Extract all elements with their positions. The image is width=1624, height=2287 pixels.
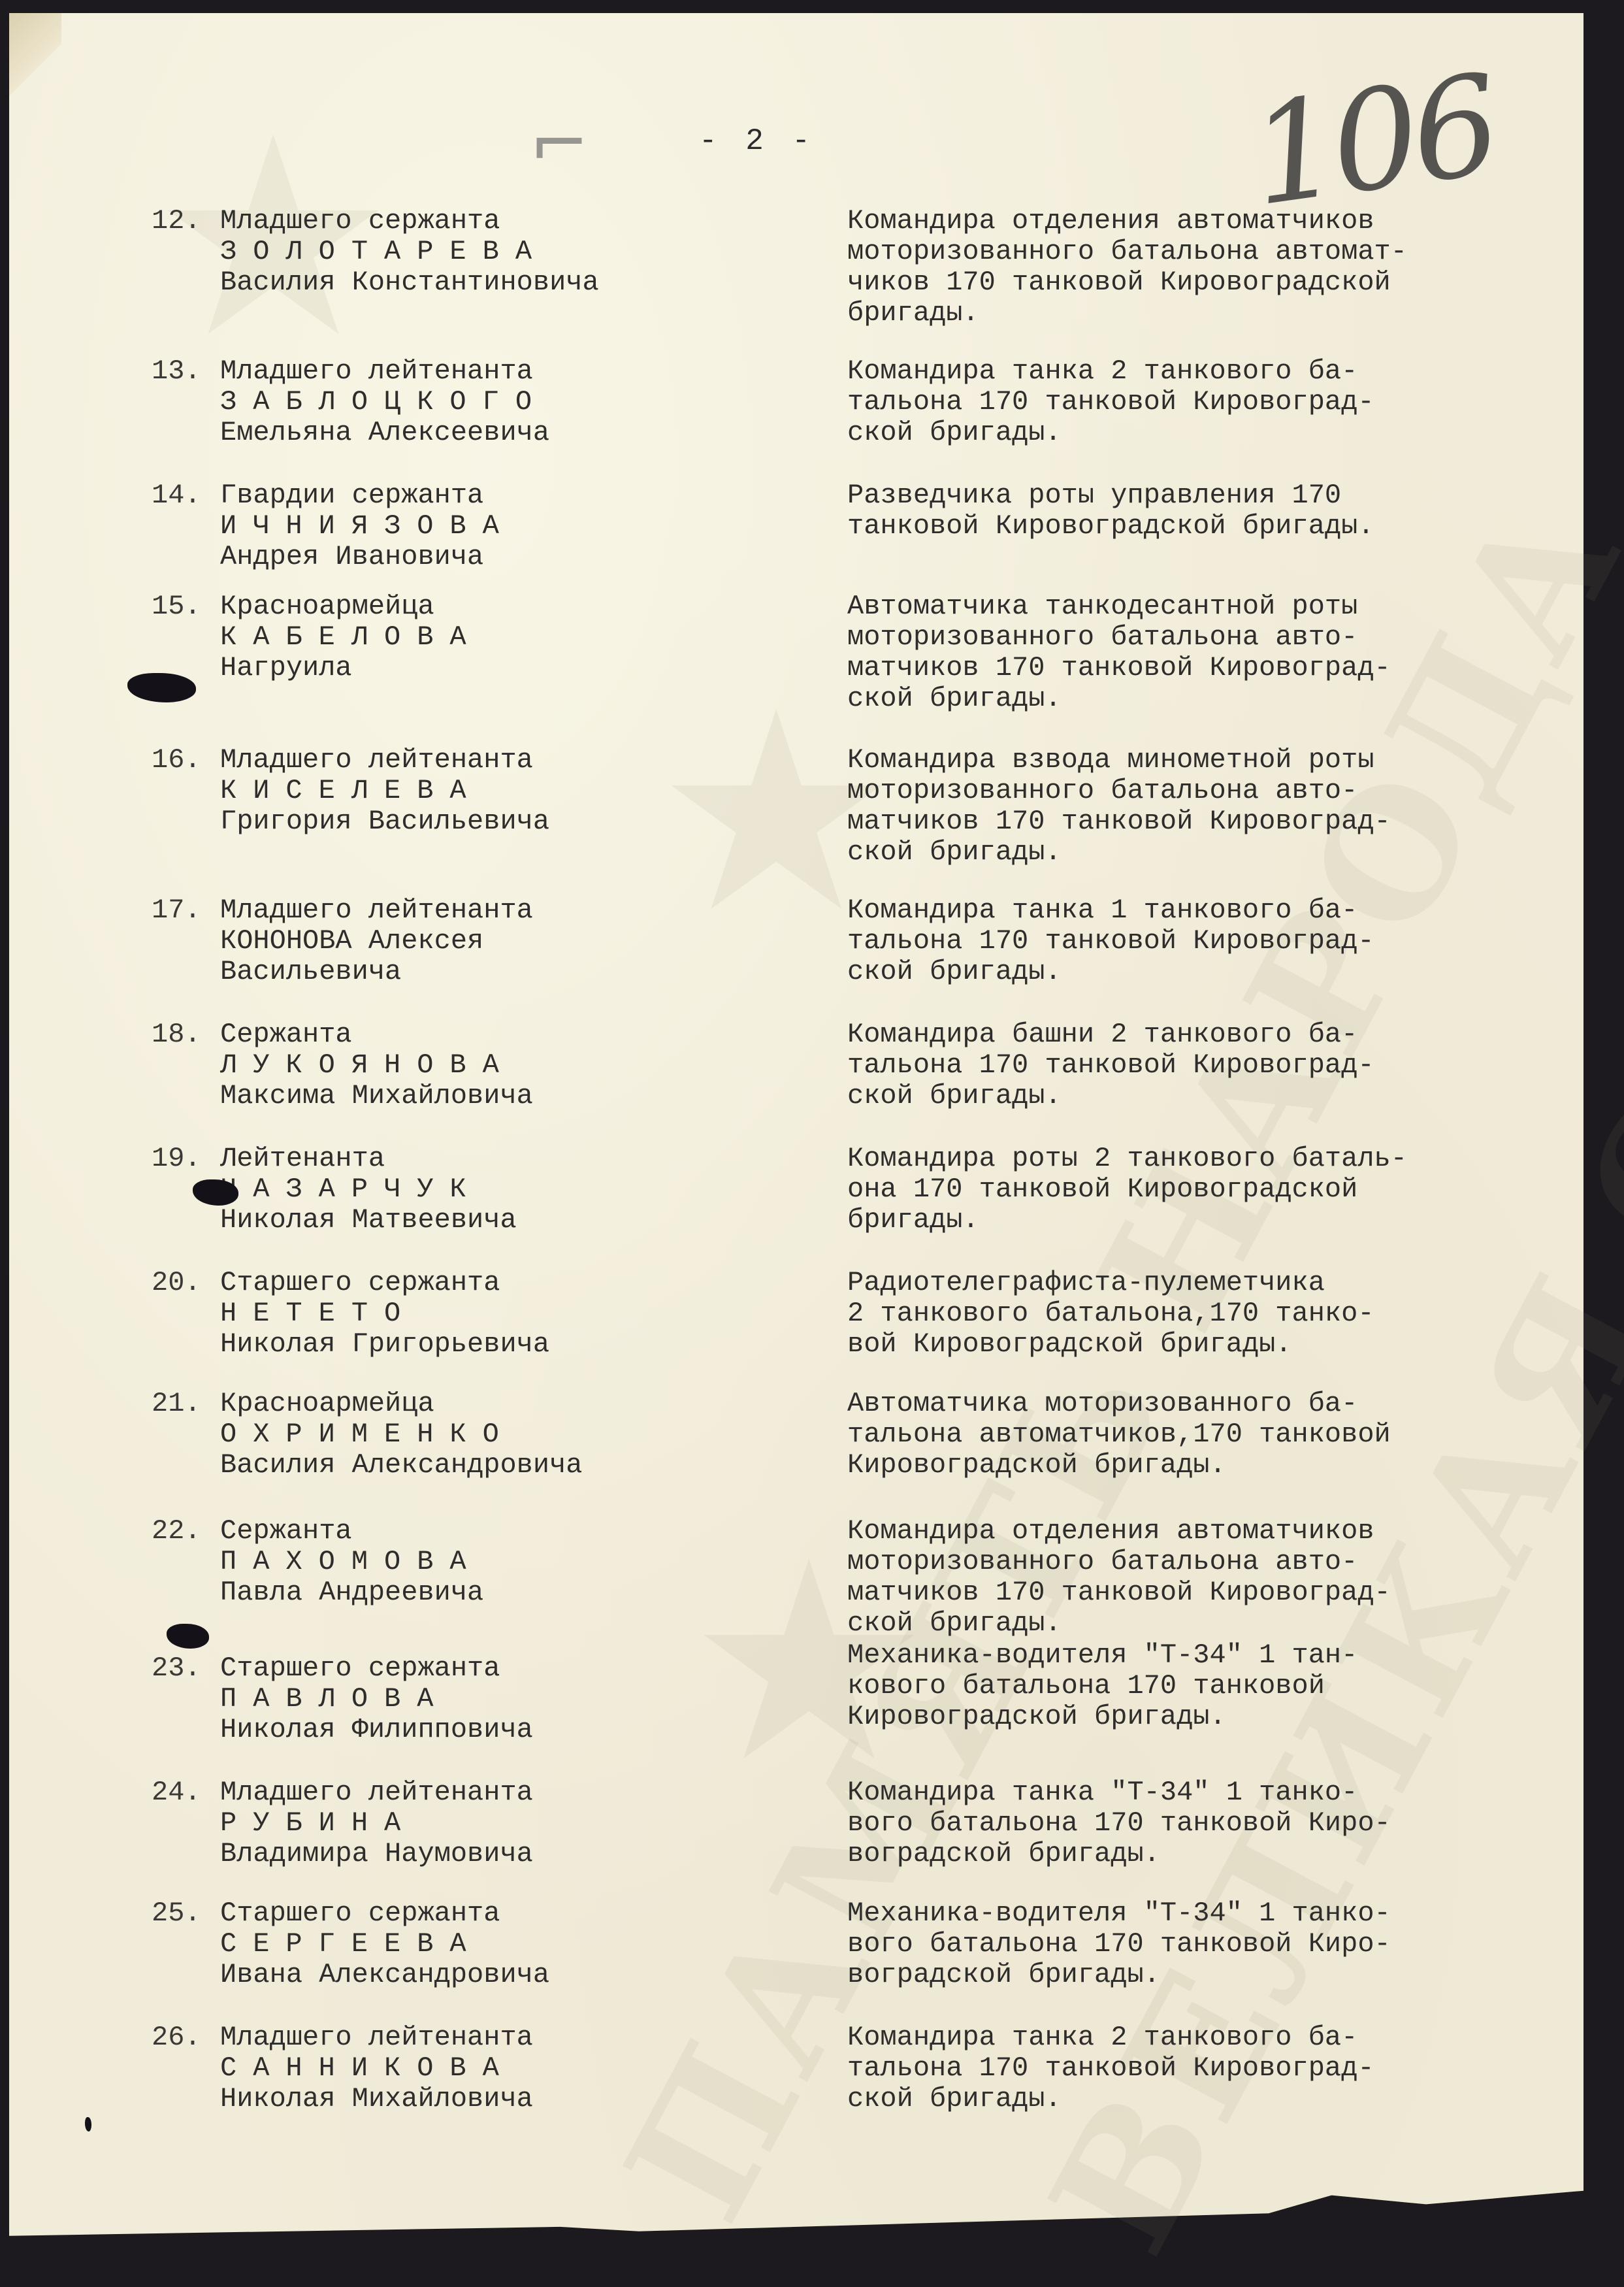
rank-line: 14.Гвардии сержанта [152, 480, 805, 511]
position-line: Механика-водителя "Т-34" 1 танко- [847, 1898, 1599, 1929]
position-line: вого батальона 170 танковой Киро- [847, 1929, 1599, 1960]
entry-number: 12. [152, 206, 220, 237]
name-patronymic: Нагруила [152, 653, 805, 683]
position-line: Командира танка 2 танкового ба- [847, 356, 1599, 387]
position-line: матчиков 170 танковой Кировоград- [847, 806, 1599, 837]
position-line: матчиков 170 танковой Кировоград- [847, 1577, 1599, 1608]
position-line: ской бригады. [847, 1608, 1599, 1639]
position-description: Автоматчика танкодесантной ротымоторизов… [847, 591, 1599, 714]
position-line: Командира танка 2 танкового ба- [847, 2022, 1599, 2053]
position-description: Механика-водителя "Т-34" 1 тан-кового ба… [847, 1640, 1599, 1732]
rank-line: 16.Младшего лейтенанта [152, 745, 805, 776]
awardee-name-block: 25.Старшего сержантаСЕРГЕЕВАИвана Алекса… [152, 1898, 805, 1990]
rank-line: 21.Красноармейца [152, 1389, 805, 1419]
position-line: воградской бригады. [847, 1839, 1599, 1869]
position-description: Командира танка 2 танкового ба-тальона 1… [847, 356, 1599, 448]
position-line: Командира отделения автоматчиков [847, 1516, 1599, 1547]
position-line: бригады. [847, 1205, 1599, 1236]
position-line: 2 танкового батальона,170 танко- [847, 1298, 1599, 1329]
position-line: бригады. [847, 298, 1599, 329]
rank-line: 25.Старшего сержанта [152, 1898, 805, 1929]
ink-mark [85, 2117, 91, 2131]
surname: САННИКОВА [152, 2053, 805, 2084]
rank-line: 22.Сержанта [152, 1516, 805, 1547]
position-line: Кировоградской бригады. [847, 1450, 1599, 1481]
surname: ЛУКОЯНОВА [152, 1050, 805, 1081]
position-line: Командира роты 2 танкового баталь- [847, 1143, 1599, 1174]
awardee-name-block: 17.Младшего лейтенантаКОНОНОВА АлексеяВа… [152, 895, 805, 987]
rank: Сержанта [220, 1019, 352, 1050]
rank-line: 12.Младшего сержанта [152, 206, 805, 237]
position-line: моторизованного батальона авто- [847, 622, 1599, 653]
entry-number: 26. [152, 2022, 220, 2053]
rank-line: 20.Старшего сержанта [152, 1268, 805, 1298]
surname: ИЧНИЯЗОВА [152, 511, 805, 542]
entry-number: 19. [152, 1143, 220, 1174]
name-patronymic: Василия Константиновича [152, 267, 805, 298]
name-patronymic: Емельяна Алексеевича [152, 418, 805, 448]
entry-number: 15. [152, 591, 220, 622]
rank-line: 17.Младшего лейтенанта [152, 895, 805, 926]
awardee-name-block: 20.Старшего сержантаНЕТЕТОНиколая Григор… [152, 1268, 805, 1360]
awardee-name-block: 16.Младшего лейтенантаКИСЕЛЕВАГригория В… [152, 745, 805, 837]
position-description: Командира отделения автоматчиковмоторизо… [847, 1516, 1599, 1639]
entry-number: 18. [152, 1019, 220, 1050]
rank: Старшего сержанта [220, 1653, 500, 1684]
position-line: моторизованного батальона автомат- [847, 237, 1599, 267]
awardee-name-block: 15.КрасноармейцаКАБЕЛОВАНагруила [152, 591, 805, 683]
position-line: Механика-водителя "Т-34" 1 тан- [847, 1640, 1599, 1671]
position-description: Командира роты 2 танкового баталь-она 17… [847, 1143, 1599, 1236]
awardee-name-block: 24.Младшего лейтенантаРУБИНАВладимира На… [152, 1777, 805, 1869]
rank-line: 13.Младшего лейтенанта [152, 356, 805, 387]
awardee-name-block: 22.СержантаПАХОМОВАПавла Андреевича [152, 1516, 805, 1608]
rank: Младшего лейтенанта [220, 355, 533, 387]
rank: Старшего сержанта [220, 1898, 500, 1929]
name-patronymic: Андрея Ивановича [152, 542, 805, 572]
surname: НАЗАРЧУК [152, 1174, 805, 1205]
name-patronymic: Николая Михайловича [152, 2084, 805, 2114]
entry-number: 13. [152, 356, 220, 387]
entry-number: 22. [152, 1516, 220, 1547]
position-line: тальона автоматчиков,170 танковой [847, 1419, 1599, 1450]
awardee-name-block: 26.Младшего лейтенантаСАННИКОВАНиколая М… [152, 2022, 805, 2114]
surname: ПАВЛОВА [152, 1684, 805, 1715]
awardee-name-block: 12.Младшего сержантаЗОЛОТАРЕВАВасилия Ко… [152, 206, 805, 298]
rank-line: 19.Лейтенанта [152, 1143, 805, 1174]
rank: Красноармейца [220, 591, 434, 622]
awardee-name-block: 13.Младшего лейтенантаЗАБЛОЦКОГОЕмельяна… [152, 356, 805, 448]
name-patronymic: Владимира Наумовича [152, 1839, 805, 1869]
rank: Младшего лейтенанта [220, 2022, 533, 2053]
surname: КОНОНОВА Алексея [152, 926, 805, 957]
position-line: матчиков 170 танковой Кировоград- [847, 653, 1599, 683]
position-line: Автоматчика моторизованного ба- [847, 1389, 1599, 1419]
entry-number: 23. [152, 1653, 220, 1684]
position-line: Автоматчика танкодесантной роты [847, 591, 1599, 622]
entry-number: 17. [152, 895, 220, 926]
rank: Младшего сержанта [220, 205, 500, 237]
position-line: ской бригады. [847, 1081, 1599, 1111]
surname: КИСЕЛЕВА [152, 776, 805, 806]
rank: Младшего лейтенанта [220, 1777, 533, 1808]
position-line: воградской бригады. [847, 1960, 1599, 1990]
position-description: Командира башни 2 танкового ба-тальона 1… [847, 1019, 1599, 1111]
awardee-name-block: 19.ЛейтенантаНАЗАРЧУКНиколая Матвеевича [152, 1143, 805, 1236]
surname: НЕТЕТО [152, 1298, 805, 1329]
position-line: тальона 170 танковой Кировоград- [847, 1050, 1599, 1081]
position-line: ской бригады. [847, 683, 1599, 714]
position-line: ской бригады. [847, 957, 1599, 987]
rank: Младшего лейтенанта [220, 744, 533, 776]
position-line: танковой Кировоградской бригады. [847, 511, 1599, 542]
surname: СЕРГЕЕВА [152, 1929, 805, 1960]
awardee-name-block: 14.Гвардии сержантаИЧНИЯЗОВААндрея Ивано… [152, 480, 805, 572]
position-description: Автоматчика моторизованного ба-тальона а… [847, 1389, 1599, 1481]
position-description: Разведчика роты управления 170танковой К… [847, 480, 1599, 542]
position-description: Радиотелеграфиста-пулеметчика2 танкового… [847, 1268, 1599, 1360]
entry-number: 20. [152, 1268, 220, 1298]
awardee-name-block: 18.СержантаЛУКОЯНОВАМаксима Михайловича [152, 1019, 805, 1111]
position-line: Разведчика роты управления 170 [847, 480, 1599, 511]
position-line: ской бригады. [847, 2084, 1599, 2114]
rank: Старшего сержанта [220, 1267, 500, 1298]
name-patronymic: Васильевича [152, 957, 805, 987]
position-line: ской бригады. [847, 418, 1599, 448]
position-line: Командира танка "Т-34" 1 танко- [847, 1777, 1599, 1808]
name-patronymic: Николая Григорьевича [152, 1329, 805, 1360]
position-line: Командира отделения автоматчиков [847, 206, 1599, 237]
name-patronymic: Ивана Александровича [152, 1960, 805, 1990]
entry-number: 25. [152, 1898, 220, 1929]
rank: Младшего лейтенанта [220, 895, 533, 926]
position-line: моторизованного батальона авто- [847, 776, 1599, 806]
position-line: Кировоградской бригады. [847, 1702, 1599, 1732]
position-description: Командира взвода минометной ротымоторизо… [847, 745, 1599, 868]
folded-corner [9, 13, 61, 98]
position-line: тальона 170 танковой Кировоград- [847, 387, 1599, 418]
rank: Лейтенанта [220, 1143, 385, 1174]
surname: КАБЕЛОВА [152, 622, 805, 653]
position-line: вой Кировоградской бригады. [847, 1329, 1599, 1360]
entry-number: 16. [152, 745, 220, 776]
entry-number: 24. [152, 1777, 220, 1808]
surname: РУБИНА [152, 1808, 805, 1839]
name-patronymic: Николая Матвеевича [152, 1205, 805, 1236]
position-description: Командира танка "Т-34" 1 танко-вого бата… [847, 1777, 1599, 1869]
position-line: моторизованного батальона авто- [847, 1547, 1599, 1577]
page-number: - 2 - [699, 124, 815, 158]
rank-line: 15.Красноармейца [152, 591, 805, 622]
rank: Гвардии сержанта [220, 480, 483, 511]
surname: ПАХОМОВА [152, 1547, 805, 1577]
position-line: Командира башни 2 танкового ба- [847, 1019, 1599, 1050]
rank: Красноармейца [220, 1388, 434, 1419]
position-line: чиков 170 танковой Кировоградской [847, 267, 1599, 298]
position-line: тальона 170 танковой Кировоград- [847, 2053, 1599, 2084]
position-line: тальона 170 танковой Кировоград- [847, 926, 1599, 957]
surname: ЗАБЛОЦКОГО [152, 387, 805, 418]
position-description: Командира танка 1 танкового ба-тальона 1… [847, 895, 1599, 987]
entry-number: 14. [152, 480, 220, 511]
position-line: кового батальона 170 танковой [847, 1671, 1599, 1702]
name-patronymic: Павла Андреевича [152, 1577, 805, 1608]
position-line: Командира танка 1 танкового ба- [847, 895, 1599, 926]
awardee-name-block: 23.Старшего сержантаПАВЛОВАНиколая Филип… [152, 1653, 805, 1745]
position-description: Механика-водителя "Т-34" 1 танко-вого ба… [847, 1898, 1599, 1990]
entry-number: 21. [152, 1389, 220, 1419]
surname: ЗОЛОТАРЕВА [152, 237, 805, 267]
awardee-name-block: 21.КрасноармейцаОХРИМЕНКОВасилия Алексан… [152, 1389, 805, 1481]
pencil-mark: ⌐ [529, 101, 589, 185]
position-line: ской бригады. [847, 837, 1599, 868]
name-patronymic: Максима Михайловича [152, 1081, 805, 1111]
position-line: она 170 танковой Кировоградской [847, 1174, 1599, 1205]
rank: Сержанта [220, 1515, 352, 1547]
name-patronymic: Григория Васильевича [152, 806, 805, 837]
name-patronymic: Василия Александровича [152, 1450, 805, 1481]
position-line: Командира взвода минометной роты [847, 745, 1599, 776]
rank-line: 26.Младшего лейтенанта [152, 2022, 805, 2053]
rank-line: 24.Младшего лейтенанта [152, 1777, 805, 1808]
position-line: Радиотелеграфиста-пулеметчика [847, 1268, 1599, 1298]
position-description: Командира танка 2 танкового ба-тальона 1… [847, 2022, 1599, 2114]
position-description: Командира отделения автоматчиковмоторизо… [847, 206, 1599, 329]
position-line: вого батальона 170 танковой Киро- [847, 1808, 1599, 1839]
surname: ОХРИМЕНКО [152, 1419, 805, 1450]
rank-line: 23.Старшего сержанта [152, 1653, 805, 1684]
rank-line: 18.Сержанта [152, 1019, 805, 1050]
name-patronymic: Николая Филипповича [152, 1715, 805, 1745]
